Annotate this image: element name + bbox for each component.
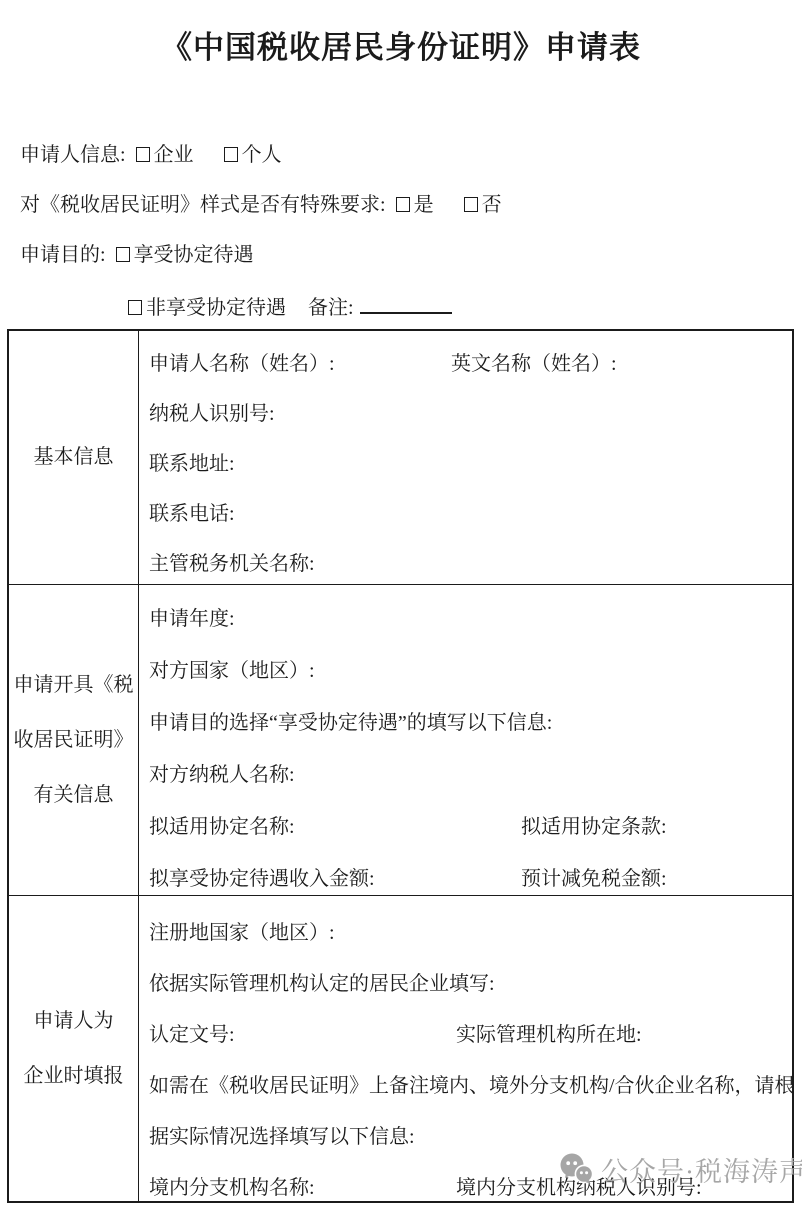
branch-note-line-1: 如需在《税收居民证明》上备注境内、境外分支机构/合伙企业名称，请根 bbox=[149, 1075, 792, 1097]
individual-label: 个人 bbox=[242, 144, 282, 166]
field-line: 拟适用协定名称:拟适用协定条款: bbox=[149, 801, 792, 853]
individual-checkbox[interactable] bbox=[224, 147, 238, 162]
registration-country-label: 注册地国家（地区）: bbox=[149, 922, 335, 944]
determination-doc-label: 认定文号: bbox=[149, 1024, 235, 1046]
treaty-income-label: 拟享受协定待遇收入金额: bbox=[149, 868, 375, 890]
option-individual: 个人 bbox=[224, 142, 282, 168]
treaty-benefit-label: 享受协定待遇 bbox=[134, 244, 254, 266]
contact-address-label: 联系地址: bbox=[149, 453, 235, 475]
row-header-text: 基本信息 bbox=[34, 430, 114, 485]
style-requirement-line: 对《税收居民证明》样式是否有特殊要求:是否 bbox=[20, 192, 502, 218]
non-treaty-benefit-label: 非享受协定待遇 bbox=[146, 297, 286, 319]
row-header-text: 企业时填报 bbox=[24, 1049, 124, 1104]
field-line: 申请目的选择“享受协定待遇”的填写以下信息: bbox=[149, 697, 792, 749]
field-line: 申请人名称（姓名）:英文名称（姓名）: bbox=[149, 339, 792, 389]
row-header-text: 申请开具《税 bbox=[14, 658, 134, 713]
field-line: 对方纳税人名称: bbox=[149, 749, 792, 801]
purpose-label: 申请目的: bbox=[20, 244, 106, 266]
applicant-name-label: 申请人名称（姓名）: bbox=[149, 353, 335, 375]
page-title: 《中国税收居民身份证明》申请表 bbox=[0, 22, 802, 67]
tax-authority-label: 主管税务机关名称: bbox=[149, 553, 315, 575]
row-header-basic-info: 基本信息 bbox=[9, 331, 139, 584]
table-row-basic-info: 基本信息 申请人名称（姓名）:英文名称（姓名）: 纳税人识别号: 联系地址: 联… bbox=[9, 331, 792, 584]
non-treaty-benefit-checkbox[interactable] bbox=[128, 300, 142, 315]
purpose-line-2: 非享受协定待遇备注: bbox=[128, 294, 452, 321]
watermark-text: 公众号·税海涛声 bbox=[601, 1150, 802, 1189]
applicant-info-label: 申请人信息: bbox=[20, 144, 126, 166]
application-table: 基本信息 申请人名称（姓名）:英文名称（姓名）: 纳税人识别号: 联系地址: 联… bbox=[7, 329, 794, 1203]
remark-blank-line[interactable] bbox=[360, 294, 452, 314]
branch-note-line-2: 据实际情况选择填写以下信息: bbox=[149, 1126, 415, 1148]
field-line: 纳税人识别号: bbox=[149, 389, 792, 439]
option-yes: 是 bbox=[396, 192, 434, 218]
no-checkbox[interactable] bbox=[464, 197, 478, 212]
field-line: 主管税务机关名称: bbox=[149, 539, 792, 584]
enterprise-checkbox[interactable] bbox=[136, 147, 150, 162]
counterpart-taxpayer-label: 对方纳税人名称: bbox=[149, 764, 295, 786]
management-location-label: 实际管理机构所在地: bbox=[456, 1010, 642, 1061]
no-label: 否 bbox=[482, 194, 502, 216]
field-line: 如需在《税收居民证明》上备注境内、境外分支机构/合伙企业名称，请根 bbox=[149, 1061, 792, 1112]
applicant-info-line: 申请人信息:企业个人 bbox=[20, 142, 282, 168]
field-line: 注册地国家（地区）: bbox=[149, 908, 792, 959]
treaty-purpose-note: 申请目的选择“享受协定待遇”的填写以下信息: bbox=[149, 712, 552, 734]
contact-phone-label: 联系电话: bbox=[149, 503, 235, 525]
treaty-name-label: 拟适用协定名称: bbox=[149, 816, 295, 838]
table-row-certificate-info: 申请开具《税 收居民证明》 有关信息 申请年度: 对方国家（地区）: 申请目的选… bbox=[9, 584, 792, 895]
row-header-enterprise-info: 申请人为 企业时填报 bbox=[9, 896, 139, 1201]
row-header-text: 收居民证明》 bbox=[14, 713, 134, 768]
application-year-label: 申请年度: bbox=[149, 608, 235, 630]
estimated-tax-relief-label: 预计减免税金额: bbox=[521, 853, 667, 895]
row-header-text: 申请人为 bbox=[34, 994, 114, 1049]
field-line: 联系电话: bbox=[149, 489, 792, 539]
field-line: 认定文号:实际管理机构所在地: bbox=[149, 1010, 792, 1061]
taxpayer-id-label: 纳税人识别号: bbox=[149, 403, 275, 425]
field-line: 联系地址: bbox=[149, 439, 792, 489]
counterpart-country-label: 对方国家（地区）: bbox=[149, 660, 315, 682]
option-enterprise: 企业 bbox=[136, 142, 194, 168]
wechat-icon bbox=[558, 1151, 596, 1189]
english-name-label: 英文名称（姓名）: bbox=[451, 339, 617, 389]
treaty-benefit-checkbox[interactable] bbox=[116, 247, 130, 262]
watermark: 公众号·税海涛声 bbox=[558, 1150, 802, 1189]
remark-label: 备注: bbox=[308, 297, 354, 319]
yes-checkbox[interactable] bbox=[396, 197, 410, 212]
enterprise-label: 企业 bbox=[154, 144, 194, 166]
field-line: 拟享受协定待遇收入金额:预计减免税金额: bbox=[149, 853, 792, 895]
management-body-note: 依据实际管理机构认定的居民企业填写: bbox=[149, 973, 495, 995]
style-requirement-label: 对《税收居民证明》样式是否有特殊要求: bbox=[20, 194, 386, 216]
certificate-info-cell: 申请年度: 对方国家（地区）: 申请目的选择“享受协定待遇”的填写以下信息: 对… bbox=[139, 585, 792, 895]
option-treaty-benefit: 享受协定待遇 bbox=[116, 242, 254, 268]
row-header-text: 有关信息 bbox=[34, 768, 114, 823]
field-line: 依据实际管理机构认定的居民企业填写: bbox=[149, 959, 792, 1010]
field-line: 申请年度: bbox=[149, 593, 792, 645]
purpose-line: 申请目的:享受协定待遇 bbox=[20, 242, 254, 268]
basic-info-cell: 申请人名称（姓名）:英文名称（姓名）: 纳税人识别号: 联系地址: 联系电话: … bbox=[139, 331, 792, 584]
domestic-branch-name-label: 境内分支机构名称: bbox=[149, 1177, 315, 1199]
option-no: 否 bbox=[464, 192, 502, 218]
yes-label: 是 bbox=[414, 194, 434, 216]
treaty-article-label: 拟适用协定条款: bbox=[521, 801, 667, 853]
option-non-treaty-benefit: 非享受协定待遇 bbox=[128, 295, 286, 321]
row-header-certificate-info: 申请开具《税 收居民证明》 有关信息 bbox=[9, 585, 139, 895]
field-line: 对方国家（地区）: bbox=[149, 645, 792, 697]
